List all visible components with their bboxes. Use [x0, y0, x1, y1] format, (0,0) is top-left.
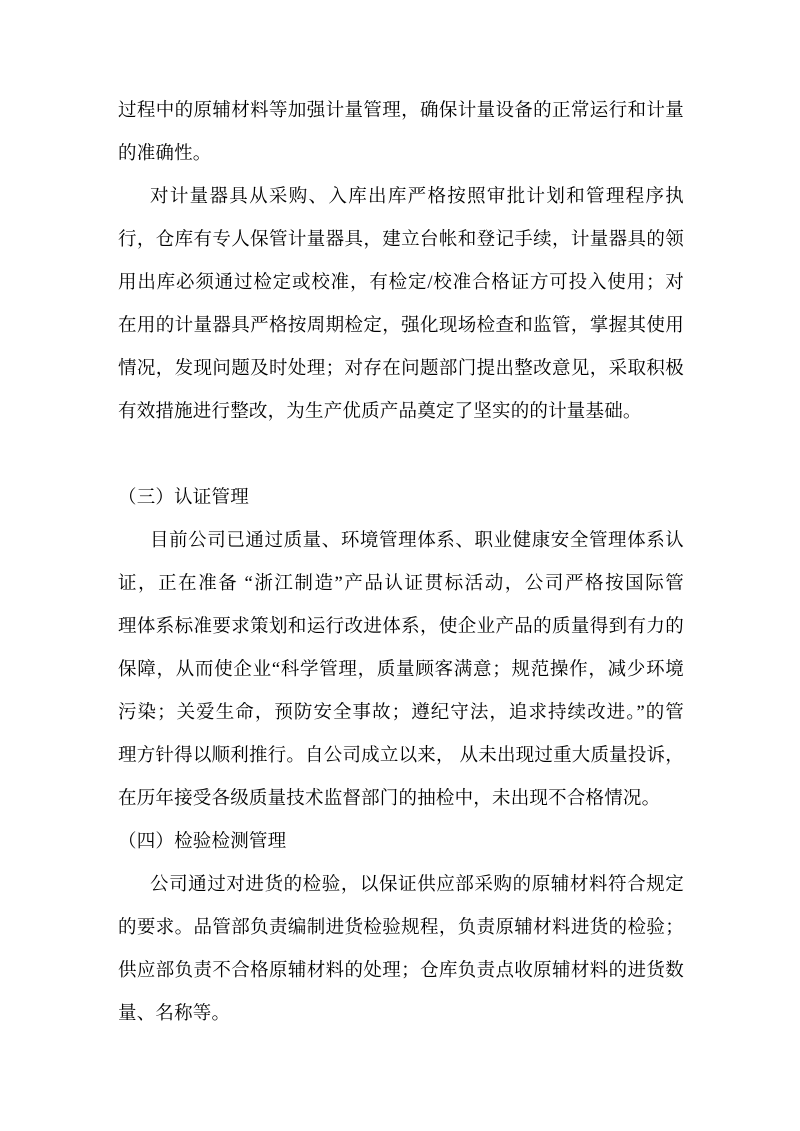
text-line: 保障，从而使企业“科学管理，质量顾客满意；规范操作，减少环境: [118, 649, 684, 692]
text-line: 情况，发现问题及时处理；对存在问题部门提出整改意见，采取积极: [118, 348, 684, 391]
text-line: 在用的计量器具严格按周期检定，强化现场检查和监管，掌握其使用: [118, 305, 684, 348]
text-line: 公司通过对进货的检验，以保证供应部采购的原辅材料符合规定: [118, 864, 684, 907]
text-line: 有效措施进行整改，为生产优质产品奠定了坚实的的计量基础。: [118, 391, 684, 434]
text-line: 理方针得以顺利推行。自公司成立以来， 从未出现过重大质量投诉，: [118, 735, 684, 778]
text-line: 证，正在准备 “浙江制造”产品认证贯标活动，公司严格按国际管: [118, 563, 684, 606]
text-line: 污染；关爱生命，预防安全事故；遵纪守法，追求持续改进。”的管: [118, 692, 684, 735]
text-line: 在历年接受各级质量技术监督部门的抽检中，未出现不合格情况。: [118, 778, 684, 821]
text-line: 用出库必须通过检定或校准，有检定/校准合格证方可投入使用；对: [118, 262, 684, 305]
text-line: 行，仓库有专人保管计量器具，建立台帐和登记手续，计量器具的领: [118, 219, 684, 262]
document-page: 过程中的原辅材料等加强计量管理，确保计量设备的正常运行和计量的准确性。对计量器具…: [0, 0, 800, 1131]
text-line: 理体系标准要求策划和运行改进体系，使企业产品的质量得到有力的: [118, 606, 684, 649]
text-line: 对计量器具从采购、入库出库严格按照审批计划和管理程序执: [118, 176, 684, 219]
text-line: 过程中的原辅材料等加强计量管理，确保计量设备的正常运行和计量: [118, 90, 684, 133]
text-line: 的准确性。: [118, 133, 684, 176]
page-content: 过程中的原辅材料等加强计量管理，确保计量设备的正常运行和计量的准确性。对计量器具…: [118, 90, 684, 1036]
section-heading: （三）认证管理: [118, 477, 684, 520]
section-heading: （四）检验检测管理: [118, 821, 684, 864]
text-line: 目前公司已通过质量、环境管理体系、职业健康安全管理体系认: [118, 520, 684, 563]
text-line: 量、名称等。: [118, 993, 684, 1036]
text-line: 供应部负责不合格原辅材料的处理；仓库负责点收原辅材料的进货数: [118, 950, 684, 993]
text-line: 的要求。品管部负责编制进货检验规程，负责原辅材料进货的检验；: [118, 907, 684, 950]
paragraph-spacer: [118, 434, 684, 477]
